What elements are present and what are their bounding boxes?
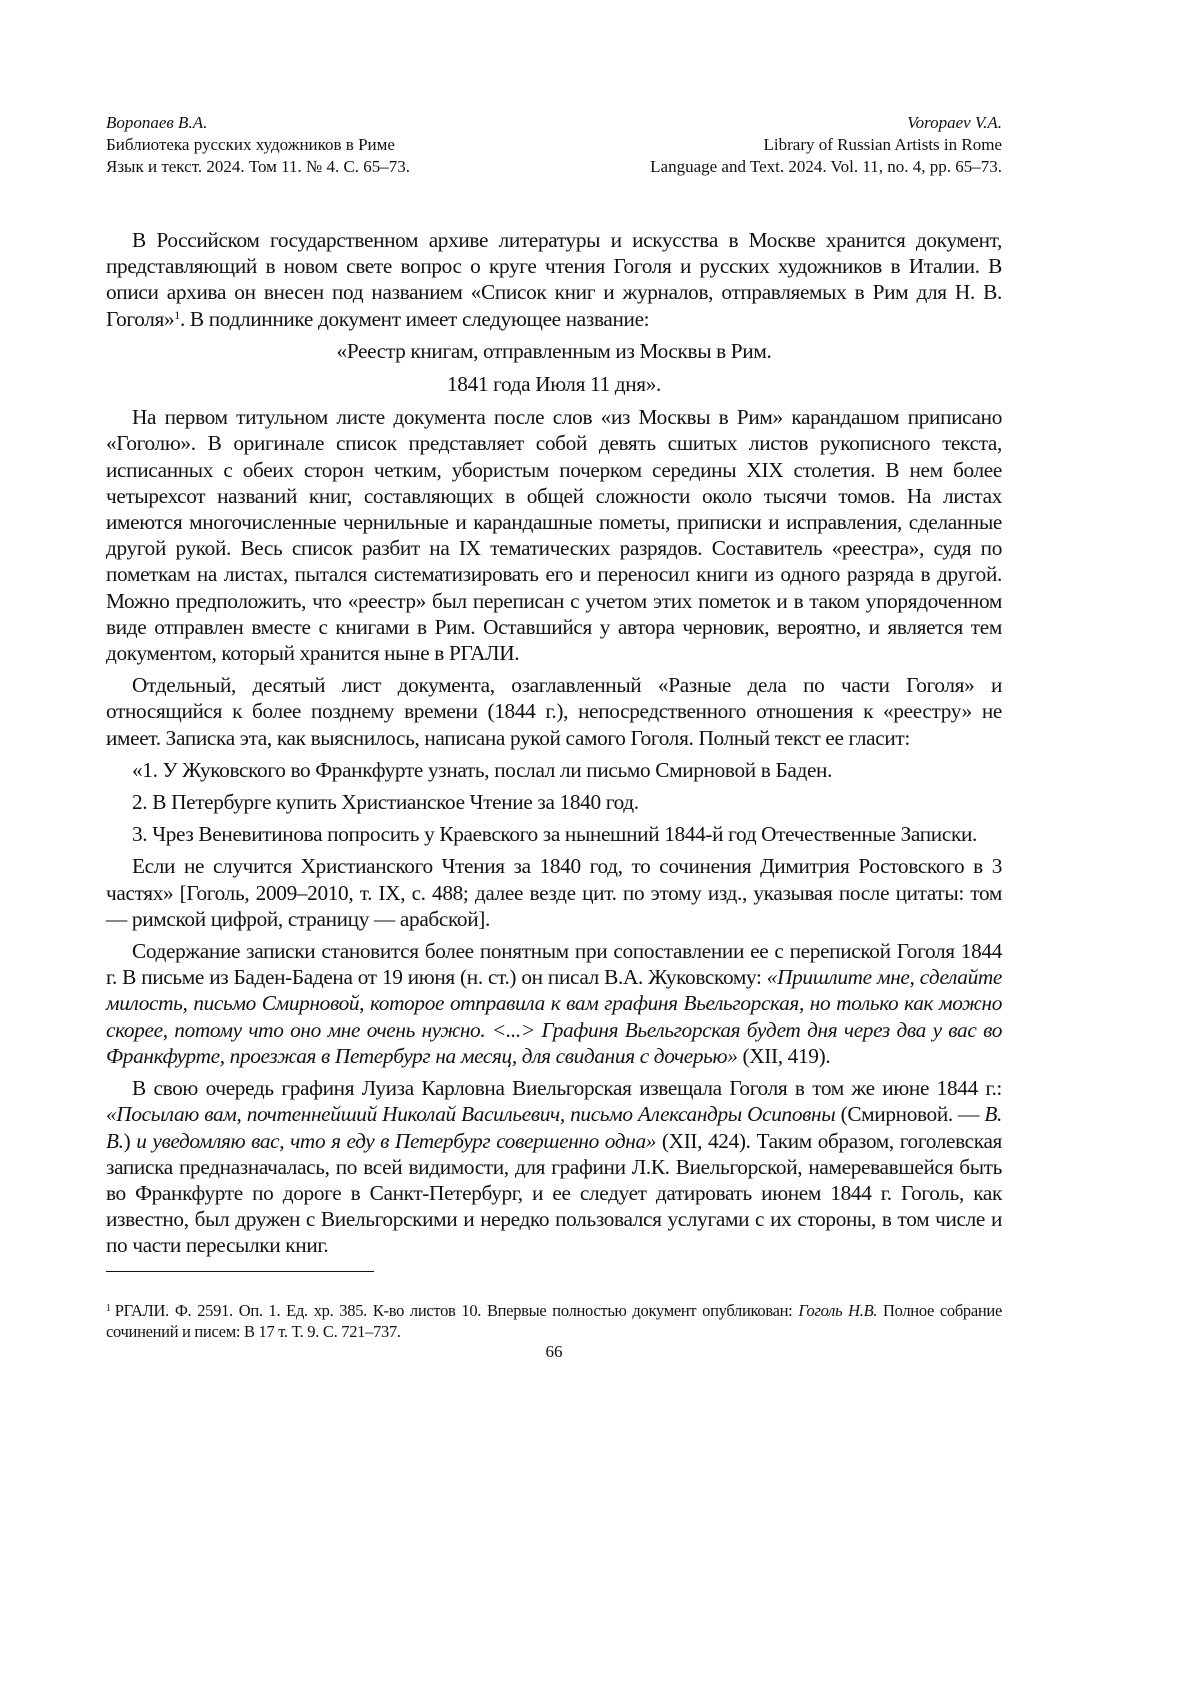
document-title-line-2: 1841 года Июля 11 дня». [106,371,1002,397]
paragraph-text: ) [124,1129,137,1153]
header-russian: Воропаев В.А. Библиотека русских художни… [106,112,410,178]
paragraph-correspondence: Содержание записки становится более поня… [106,938,1002,1069]
page-number: 66 [106,1342,1002,1362]
footnote-text: РГАЛИ. Ф. 2591. Оп. 1. Ед. хр. 385. К-во… [115,1301,799,1320]
letter-quote-part-2: и уведомляю вас, что я еду в Петербург с… [136,1129,656,1153]
paragraph-text: . В подлиннике документ имеет следующее … [180,307,649,331]
header-citation-ru: Язык и текст. 2024. Том 11. № 4. С. 65–7… [106,156,410,178]
header-title-ru: Библиотека русских художников в Риме [106,134,410,156]
header-citation-en: Language and Text. 2024. Vol. 11, no. 4,… [650,156,1002,178]
paragraph-intro: В Российском государственном архиве лите… [106,227,1002,332]
footnotes: 1РГАЛИ. Ф. 2591. Оп. 1. Ед. хр. 385. К-в… [106,1300,1002,1342]
note-item-2: 2. В Петербурге купить Христианское Чтен… [106,789,1002,815]
letter-quote-part-1: «Посылаю вам, почтеннейший Николай Васил… [106,1102,835,1126]
footnote-1: 1РГАЛИ. Ф. 2591. Оп. 1. Ед. хр. 385. К-в… [106,1300,1002,1342]
note-item-1: «1. У Жуковского во Франкфурте узнать, п… [106,757,1002,783]
footnote-ref[interactable]: 1 [174,308,180,322]
journal-page: Воропаев В.А. Библиотека русских художни… [106,112,1002,1362]
footnote-number: 1 [106,1303,111,1314]
article-body: В Российском государственном архиве лите… [106,227,1002,1259]
running-header: Воропаев В.А. Библиотека русских художни… [106,112,1002,178]
footnote-author: Гоголь Н.В. [798,1301,877,1320]
paragraph-description: На первом титульном листе документа посл… [106,404,1002,666]
footnote-divider [106,1271,374,1272]
citation-ref: (XII, 419). [738,1044,831,1068]
paragraph-vielgorskaya: В свою очередь графиня Луиза Карловна Ви… [106,1075,1002,1258]
header-author-en: Voropaev V.A. [650,112,1002,134]
header-title-en: Library of Russian Artists in Rome [650,134,1002,156]
paragraph-text: В свою очередь графиня Луиза Карловна Ви… [132,1076,1002,1100]
paragraph-note-end: Если не случится Христианского Чтения за… [106,853,1002,932]
header-author-ru: Воропаев В.А. [106,112,410,134]
note-item-3: 3. Чрез Веневитинова попросить у Краевск… [106,821,1002,847]
header-english: Voropaev V.A. Library of Russian Artists… [650,112,1002,178]
paragraph-tenth-sheet: Отдельный, десятый лист документа, озагл… [106,672,1002,751]
editor-note: (Смирновой. — [835,1102,984,1126]
document-title-line-1: «Реестр книгам, отправленным из Москвы в… [106,338,1002,364]
